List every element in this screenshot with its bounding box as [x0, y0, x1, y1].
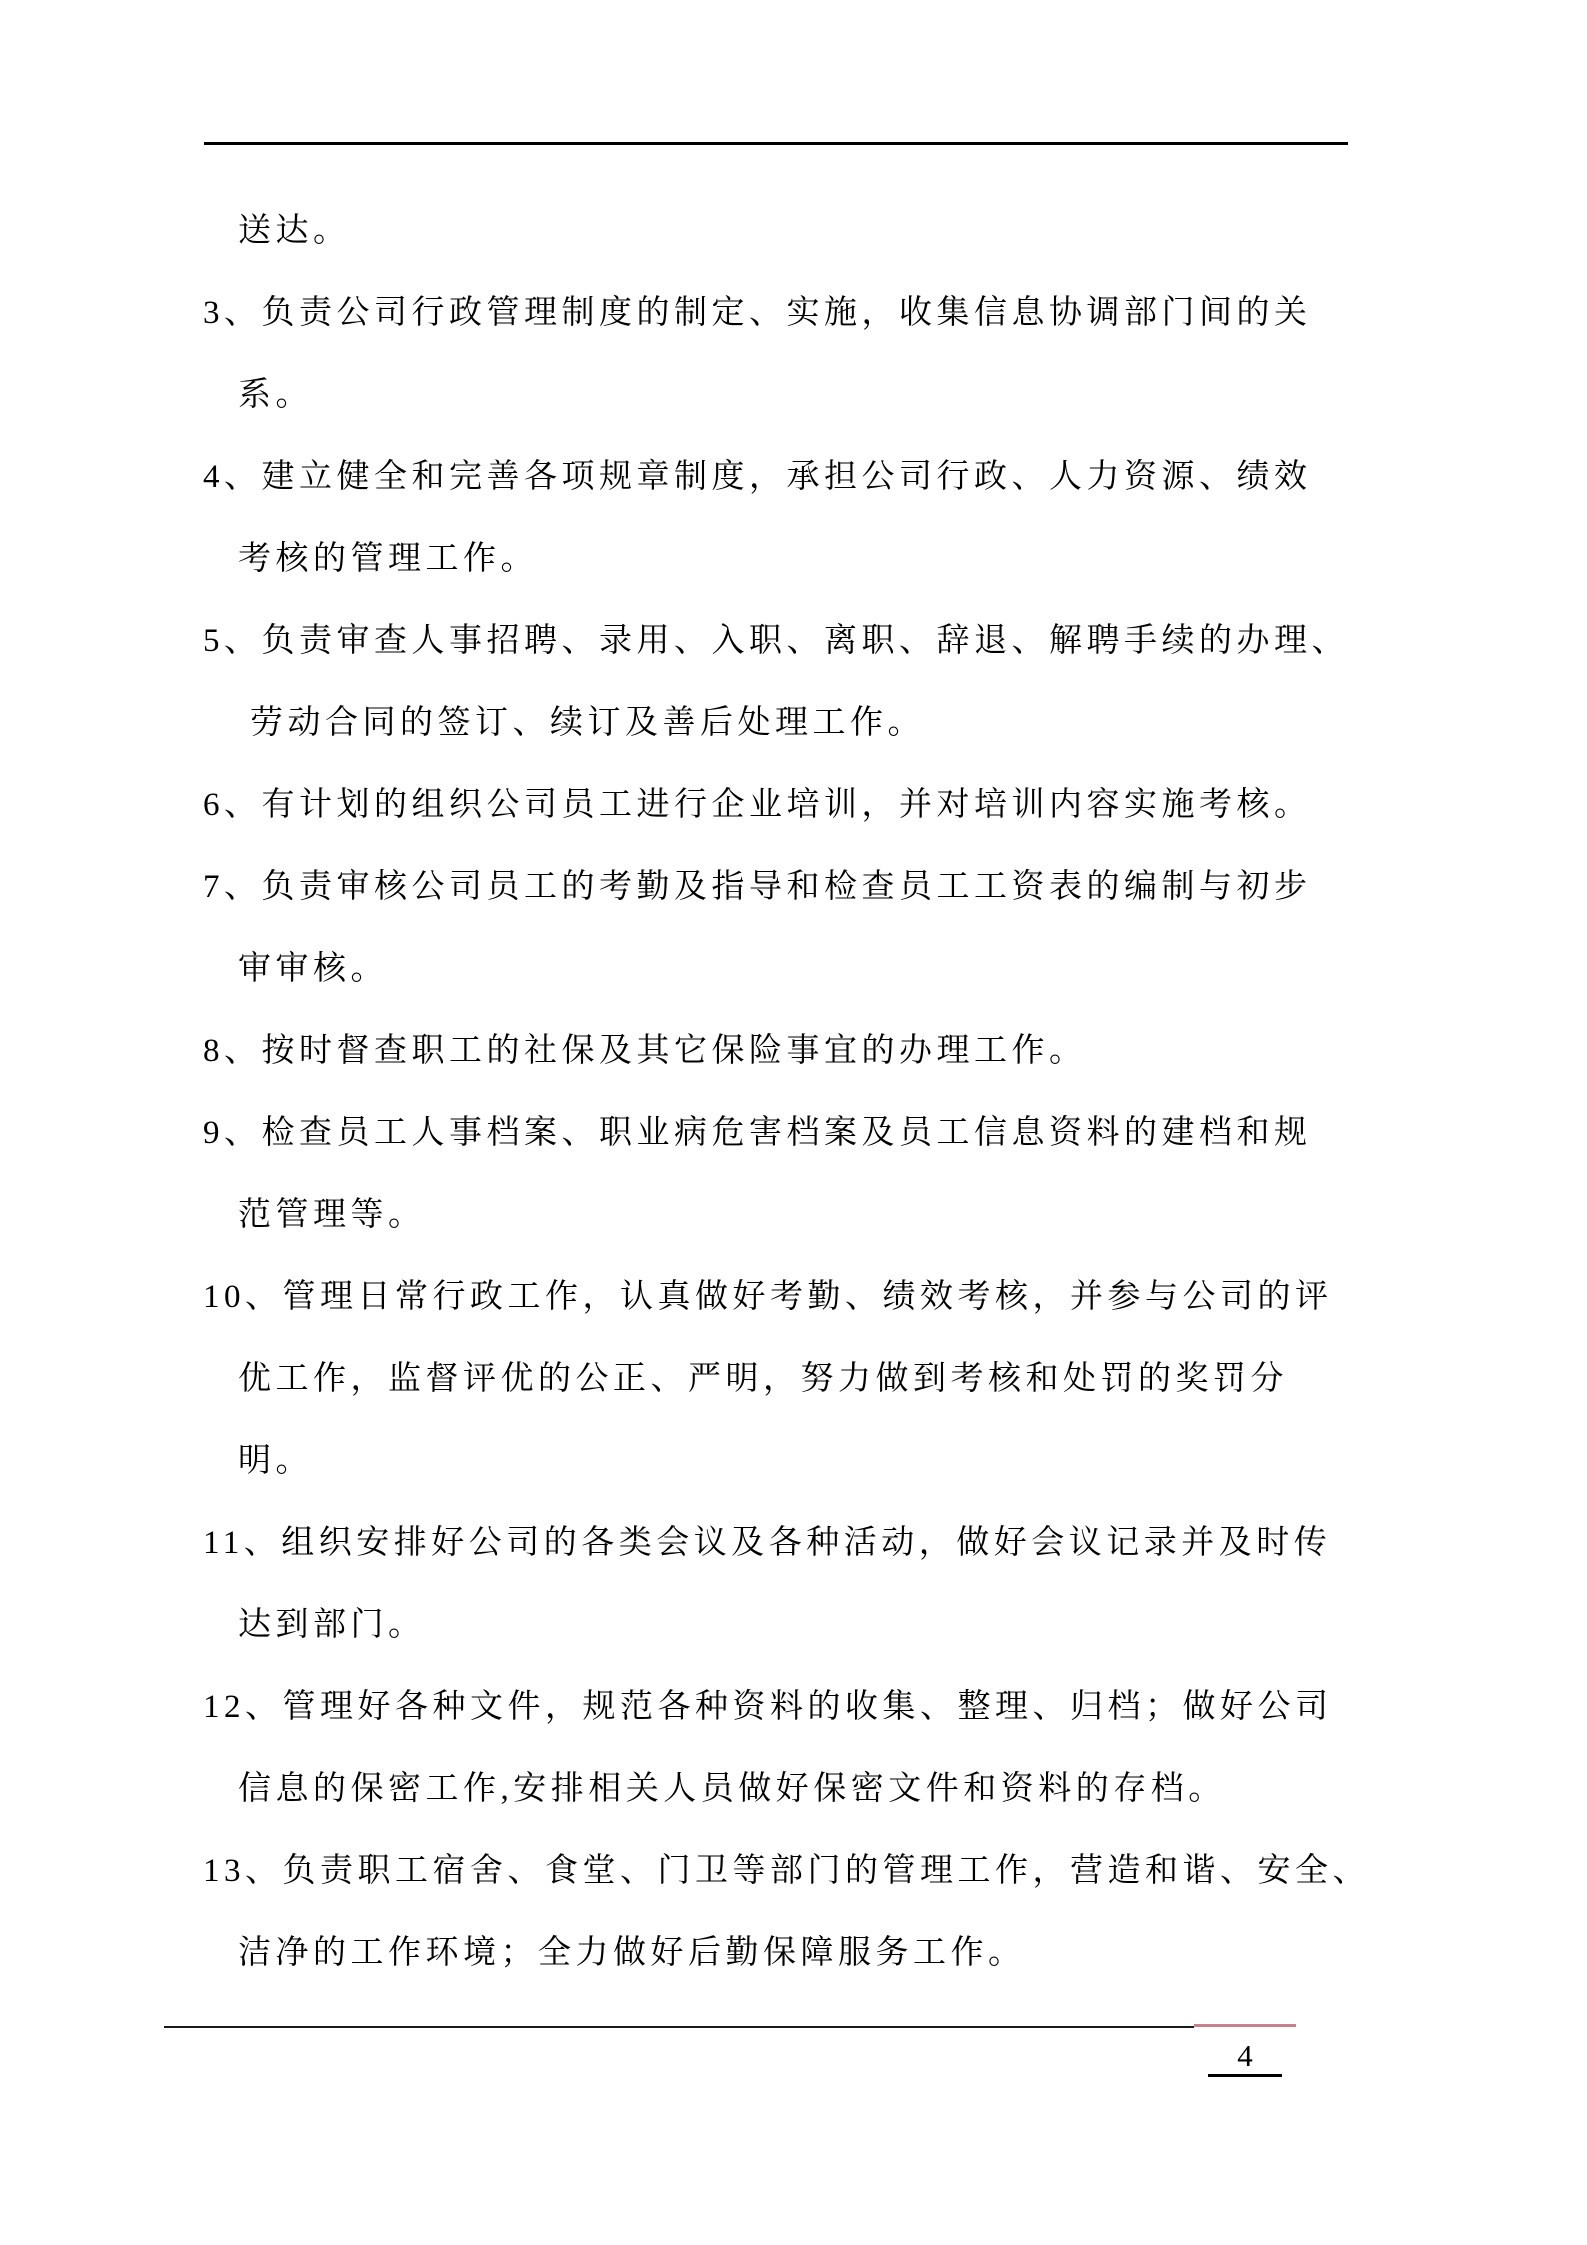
page-number: 4 — [1208, 2036, 1282, 2076]
document-line: 劳动合同的签订、续订及善后处理工作。 — [0, 682, 1587, 764]
document-line: 审审核。 — [0, 928, 1587, 1010]
document-line: 9、检查员工人事档案、职业病危害档案及员工信息资料的建档和规 — [0, 1092, 1587, 1174]
document-body: 送达。3、负责公司行政管理制度的制定、实施，收集信息协调部门间的关系。4、建立健… — [0, 190, 1587, 1994]
document-line: 优工作，监督评优的公正、严明，努力做到考核和处罚的奖罚分 — [0, 1338, 1587, 1420]
header-rule — [204, 142, 1348, 145]
document-line: 系。 — [0, 354, 1587, 436]
document-line: 送达。 — [0, 190, 1587, 272]
document-line: 10、管理日常行政工作，认真做好考勤、绩效考核，并参与公司的评 — [0, 1256, 1587, 1338]
document-line: 洁净的工作环境；全力做好后勤保障服务工作。 — [0, 1912, 1587, 1994]
document-page: 送达。3、负责公司行政管理制度的制定、实施，收集信息协调部门间的关系。4、建立健… — [0, 0, 1587, 2245]
page-number-underline — [1208, 2074, 1282, 2077]
footer-rule-accent — [1194, 2024, 1296, 2027]
document-line: 范管理等。 — [0, 1174, 1587, 1256]
document-line: 8、按时督查职工的社保及其它保险事宜的办理工作。 — [0, 1010, 1587, 1092]
document-line: 13、负责职工宿舍、食堂、门卫等部门的管理工作，营造和谐、安全、 — [0, 1830, 1587, 1912]
document-line: 11、组织安排好公司的各类会议及各种活动，做好会议记录并及时传 — [0, 1502, 1587, 1584]
document-line: 明。 — [0, 1420, 1587, 1502]
document-line: 信息的保密工作,安排相关人员做好保密文件和资料的存档。 — [0, 1748, 1587, 1830]
document-line: 考核的管理工作。 — [0, 518, 1587, 600]
document-line: 12、管理好各种文件，规范各种资料的收集、整理、归档；做好公司 — [0, 1666, 1587, 1748]
document-line: 5、负责审查人事招聘、录用、入职、离职、辞退、解聘手续的办理、 — [0, 600, 1587, 682]
document-line: 7、负责审核公司员工的考勤及指导和检查员工工资表的编制与初步 — [0, 846, 1587, 928]
document-line: 达到部门。 — [0, 1584, 1587, 1666]
footer-rule — [164, 2026, 1194, 2028]
document-line: 4、建立健全和完善各项规章制度，承担公司行政、人力资源、绩效 — [0, 436, 1587, 518]
document-line: 6、有计划的组织公司员工进行企业培训，并对培训内容实施考核。 — [0, 764, 1587, 846]
document-line: 3、负责公司行政管理制度的制定、实施，收集信息协调部门间的关 — [0, 272, 1587, 354]
